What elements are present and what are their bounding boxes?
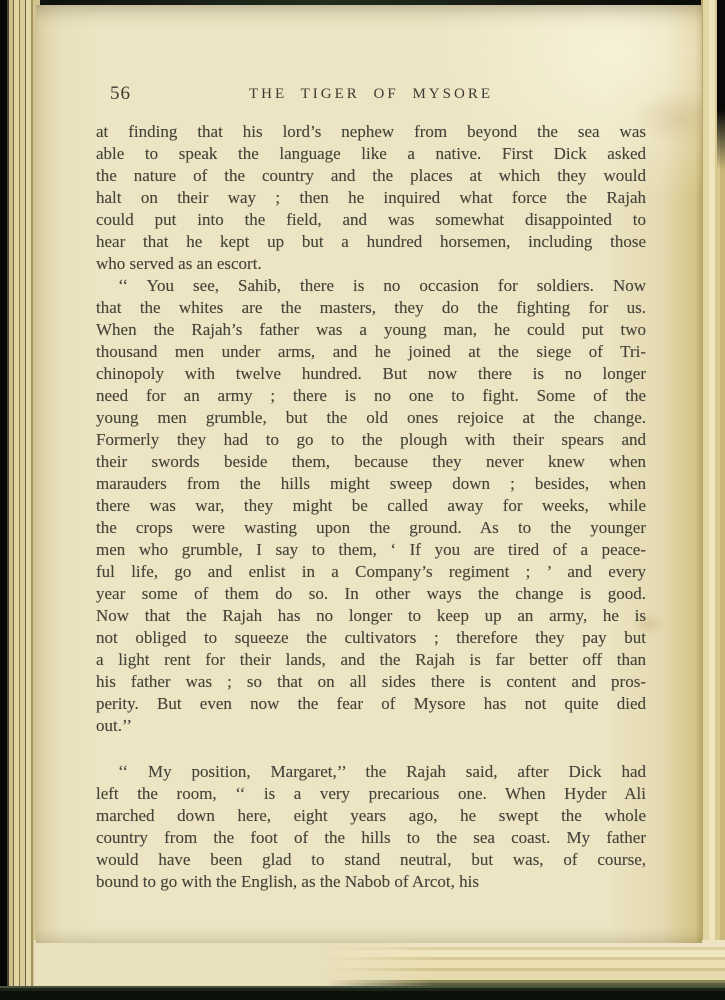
text-line: young men grumble, but the old ones rejo… xyxy=(96,407,646,429)
text-line: there was war, they might be called away… xyxy=(96,495,646,517)
text-line: ful life, go and enlist in a Company’s r… xyxy=(96,561,646,583)
text-line: ‘‘ You see, Sahib, there is no occasion … xyxy=(96,275,646,297)
text-line: could put into the field, and was somewh… xyxy=(96,209,646,231)
page-stack-left-edges xyxy=(0,0,40,1000)
text-line: marched down here, eight years ago, he s… xyxy=(96,805,646,827)
text-line: When the Rajah’s father was a young man,… xyxy=(96,319,646,341)
text-line: thousand men under arms, and he joined a… xyxy=(96,341,646,363)
text-line: the nature of the country and the places… xyxy=(96,165,646,187)
book-page: 56 THE TIGER OF MYSORE at finding that h… xyxy=(36,5,702,943)
text-line: hear that he kept up but a hundred horse… xyxy=(96,231,646,253)
book-photo: 56 THE TIGER OF MYSORE at finding that h… xyxy=(0,0,725,1000)
page-content: 56 THE TIGER OF MYSORE at finding that h… xyxy=(96,83,646,893)
text-line: men who grumble, I say to them, ‘ If you… xyxy=(96,539,646,561)
text-line: perity. But even now the fear of Mysore … xyxy=(96,693,646,715)
text-line: ‘‘ My position, Margaret,’’ the Rajah sa… xyxy=(96,761,646,783)
text-line: country from the foot of the hills to th… xyxy=(96,827,646,849)
text-line: year some of them do so. In other ways t… xyxy=(96,583,646,605)
paragraph: at finding that his lord’s nephew from b… xyxy=(96,121,646,275)
text-line: their swords beside them, because they n… xyxy=(96,451,646,473)
running-title: THE TIGER OF MYSORE xyxy=(96,86,646,103)
book-cover-bottom-edge xyxy=(0,986,725,1000)
page-body: at finding that his lord’s nephew from b… xyxy=(96,121,646,893)
page-header: 56 THE TIGER OF MYSORE xyxy=(96,83,646,107)
text-line: at finding that his lord’s nephew from b… xyxy=(96,121,646,143)
text-line: bound to go with the English, as the Nab… xyxy=(96,871,646,893)
book-cover-top-right-corner xyxy=(717,0,725,170)
text-line: out.’’ xyxy=(96,715,646,737)
text-line: the crops were wasting upon the ground. … xyxy=(96,517,646,539)
page-stack-bottom-edges xyxy=(34,940,725,986)
text-line: left the room, ‘‘ is a very precarious o… xyxy=(96,783,646,805)
text-line: that the whites are the masters, they do… xyxy=(96,297,646,319)
text-line: Now that the Rajah has no longer to keep… xyxy=(96,605,646,627)
text-line: able to speak the language like a native… xyxy=(96,143,646,165)
text-line: would have been glad to stand neutral, b… xyxy=(96,849,646,871)
text-line: a light rent for their lands, and the Ra… xyxy=(96,649,646,671)
paragraph: ‘‘ My position, Margaret,’’ the Rajah sa… xyxy=(96,761,646,893)
text-line: not obliged to squeeze the cultivators ;… xyxy=(96,627,646,649)
paragraph: ‘‘ You see, Sahib, there is no occasion … xyxy=(96,275,646,737)
text-line: Formerly they had to go to the plough wi… xyxy=(96,429,646,451)
text-line: chinopoly with twelve hundred. But now t… xyxy=(96,363,646,385)
text-line: need for an army ; there is no one to fi… xyxy=(96,385,646,407)
text-line: halt on their way ; then he inquired wha… xyxy=(96,187,646,209)
text-line: who served as an escort. xyxy=(96,253,646,275)
text-line: marauders from the hills might sweep dow… xyxy=(96,473,646,495)
text-line: his father was ; so that on all sides th… xyxy=(96,671,646,693)
